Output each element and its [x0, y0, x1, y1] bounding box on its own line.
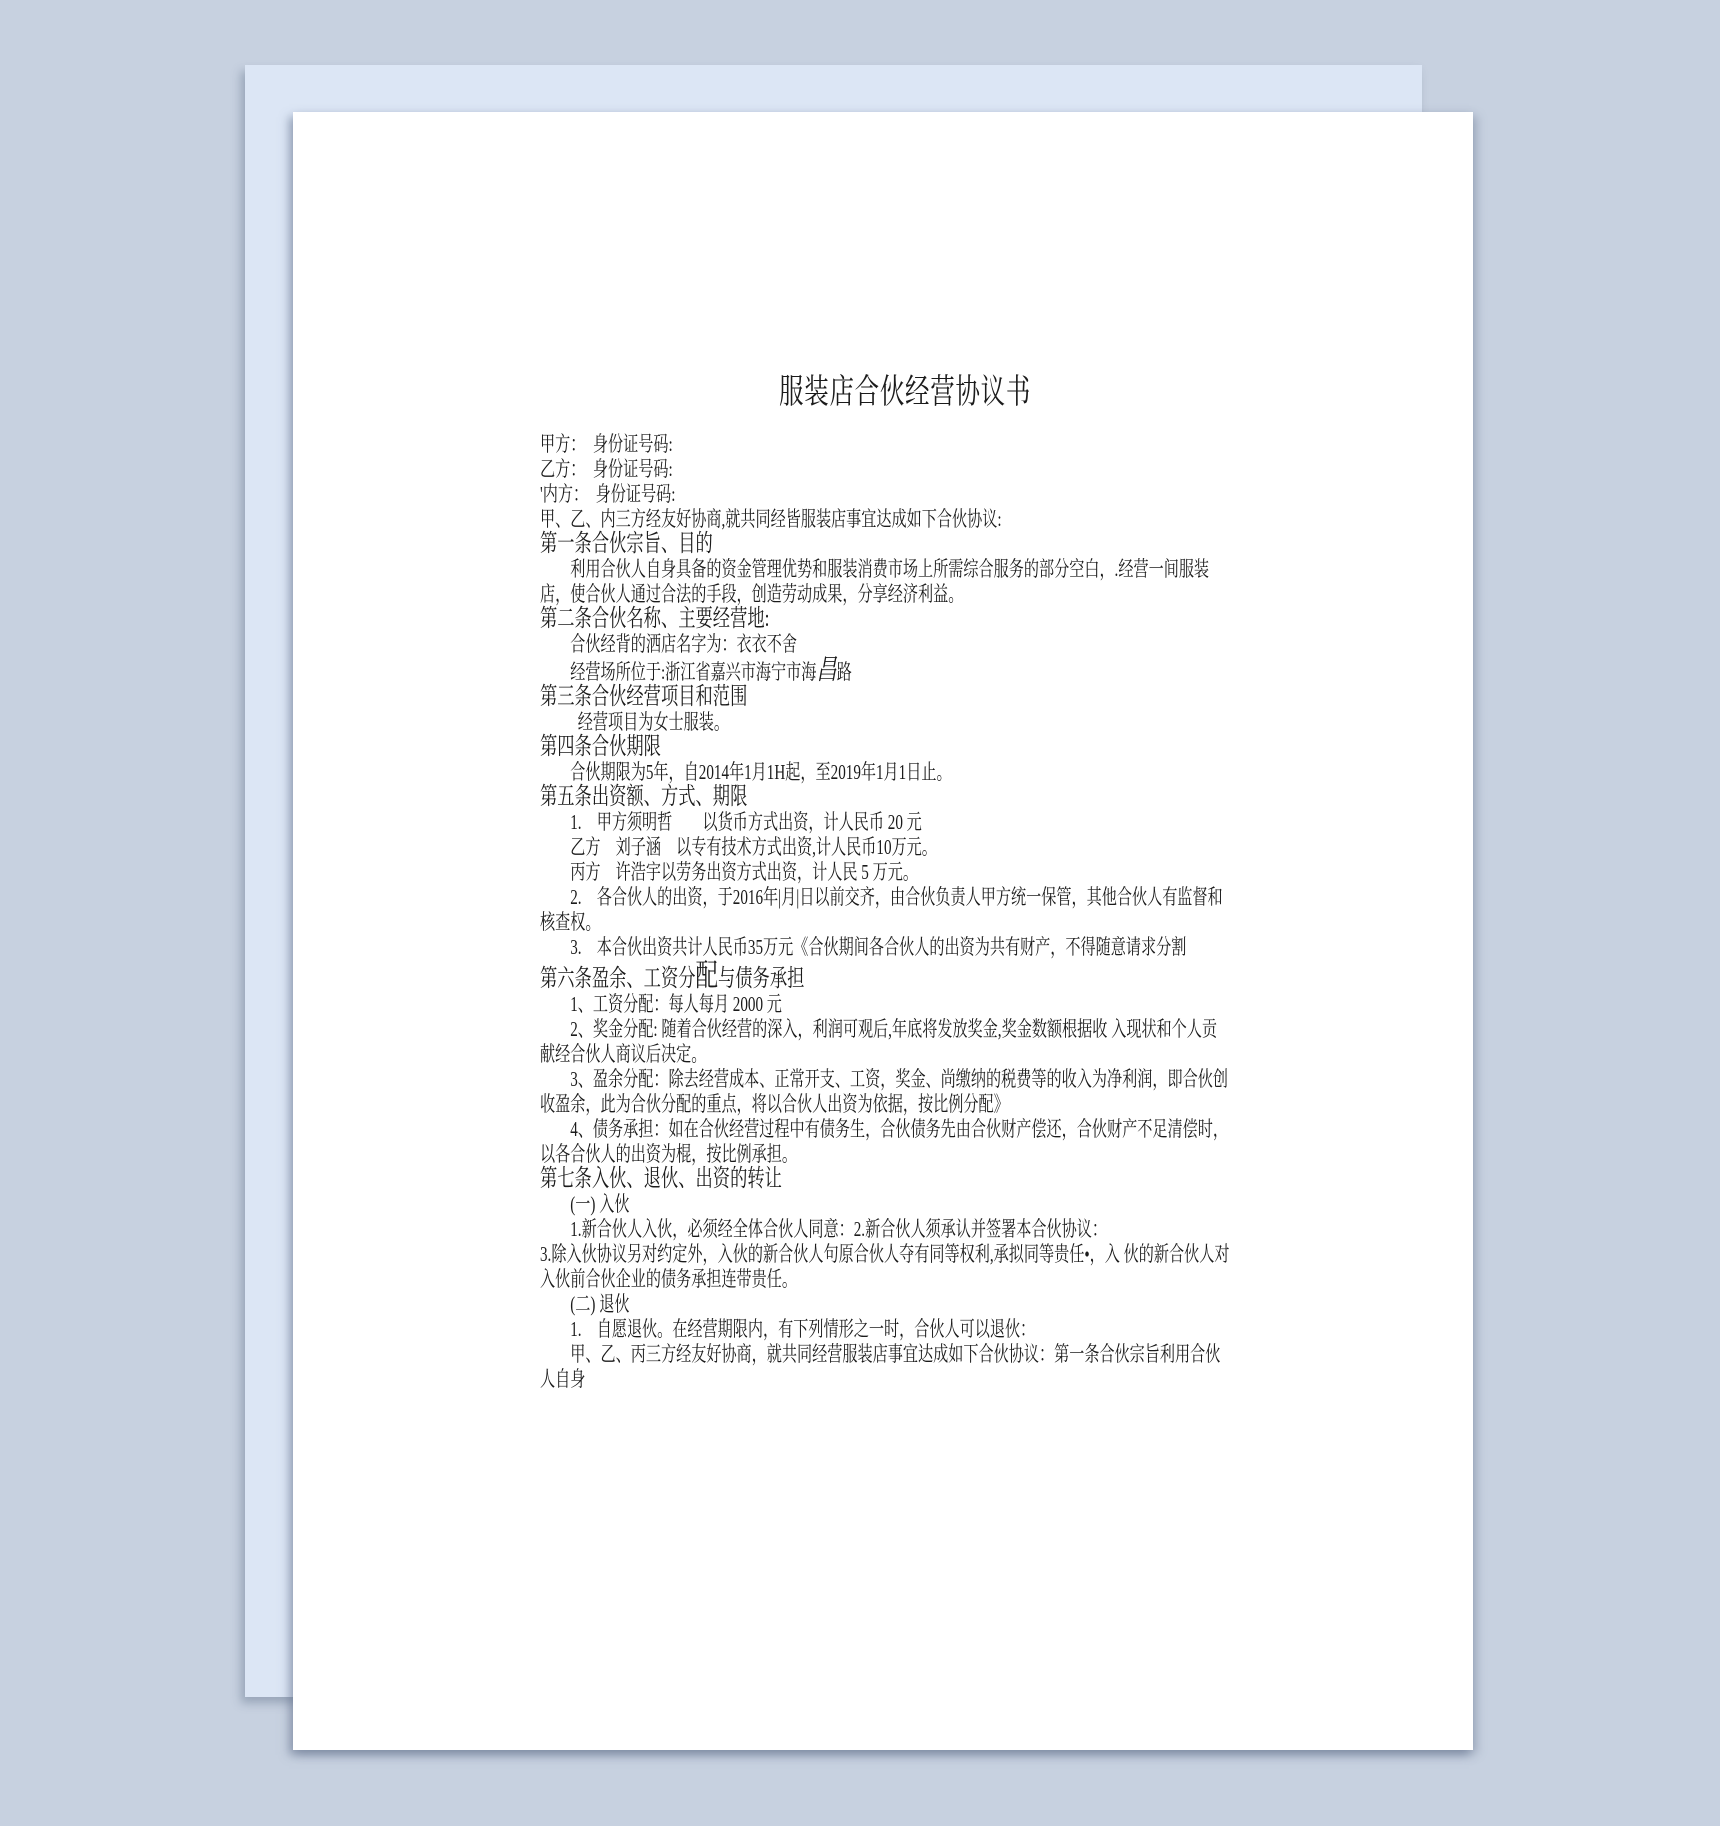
- enlarged-glyph: 昌: [816, 655, 836, 686]
- doc-paragraph: 乙方： 身份证号码:: [540, 457, 1230, 482]
- doc-paragraph: 1. 自愿退伙。在经营期限内，有下列情形之一时，合伙人可以退伙：: [540, 1317, 1230, 1342]
- document-title: 服装店合伙经营协议书: [540, 374, 1230, 412]
- doc-paragraph: 利用合伙人自身具备的资金管理优势和服装消费市场上所需综合服务的部分空白，.经营一…: [540, 557, 1230, 607]
- doc-paragraph: '内方： 身份证号码:: [540, 482, 1230, 507]
- text-run: 3.除入伙协议另对约定外，入伙的新合伙人句原合伙人夺有同等权利,承拟同等贵任•，…: [540, 1242, 1229, 1291]
- doc-heading: 第六条盈余、工资分配与债务承担: [540, 960, 1230, 992]
- text-run: 乙方 刘子涵 以专有技术方式出资,计人民币10万元。: [570, 835, 937, 859]
- document-canvas: { "colors": { "backdrop": "#c7d1e0", "ba…: [0, 0, 1720, 1826]
- doc-paragraph: 1、工资分配：每人每月 2000 元: [540, 992, 1230, 1017]
- text-run: 第一条合伙宗旨、目的: [540, 531, 713, 557]
- text-run: (二) 退伙: [570, 1292, 629, 1316]
- document-page: 服装店合伙经营协议书 甲方： 身份证号码:乙方： 身份证号码:'内方： 身份证号…: [293, 112, 1473, 1750]
- text-run: 1. 自愿退伙。在经营期限内，有下列情形之一时，合伙人可以退伙：: [570, 1317, 1035, 1341]
- text-run: 甲、乙、内三方经友好协商,就共同经皆服装店事宜达成如下合伙协议:: [540, 507, 1002, 531]
- text-run: (一) 入伙: [570, 1192, 629, 1216]
- doc-heading: 第三条合伙经营项目和范围: [540, 685, 1230, 710]
- text-run: 第七条入伙、退伙、出资的转让: [540, 1166, 782, 1192]
- text-run: 第六条盈余、工资分: [540, 966, 696, 992]
- text-run: 4、债务承担：如在合伙经营过程中有债务生，合伙债务先由合伙财产偿还，合伙财产不足…: [540, 1117, 1228, 1166]
- text-run: 第三条合伙经营项目和范围: [540, 684, 747, 710]
- text-run: 3、盈余分配：除去经营成本、正常开支、工资，奖金、尚缴纳的税费等的收入为净利润，…: [540, 1067, 1228, 1116]
- text-run: 丙方 许浩宇以劳务出资方式出资，计人民 5 万元。: [570, 860, 918, 884]
- doc-paragraph: 甲、乙、内三方经友好协商,就共同经皆服装店事宜达成如下合伙协议:: [540, 507, 1230, 532]
- doc-heading: 第七条入伙、退伙、出资的转让: [540, 1167, 1230, 1192]
- doc-paragraph: 甲方： 身份证号码:: [540, 432, 1230, 457]
- doc-paragraph: 甲、乙、丙三方经友好协商，就共同经营服装店事宜达成如下合伙协议：第一条合伙宗旨利…: [540, 1342, 1230, 1392]
- text-run: 经营场所位于:浙江省嘉兴市海宁市海: [570, 660, 816, 684]
- text-run: 利用合伙人自身具备的资金管理优势和服装消费市场上所需综合服务的部分空白，.经营一…: [540, 557, 1209, 606]
- text-run: 第五条出资额、方式、期限: [540, 784, 747, 810]
- doc-paragraph: (二) 退伙: [540, 1292, 1230, 1317]
- text-run: 1. 甲方须明哲 以货币方式出资，计人民币 20 元: [570, 810, 922, 834]
- doc-paragraph: 3、盈余分配：除去经营成本、正常开支、工资，奖金、尚缴纳的税费等的收入为净利润，…: [540, 1067, 1230, 1117]
- text-run: 2、奖金分配: 随着合伙经营的深入，利润可观后,年底将发放奖金,奖金数额根据收 …: [540, 1017, 1217, 1066]
- text-run: 合伙期限为5年，自2014年1月1H起，至2019年1月1日止。: [570, 760, 951, 784]
- doc-paragraph: 3.除入伙协议另对约定外，入伙的新合伙人句原合伙人夺有同等权利,承拟同等贵任•，…: [540, 1242, 1230, 1292]
- enlarged-glyph: 配: [696, 958, 718, 993]
- document-body: 甲方： 身份证号码:乙方： 身份证号码:'内方： 身份证号码:甲、乙、内三方经友…: [540, 432, 1230, 1392]
- doc-paragraph: 4、债务承担：如在合伙经营过程中有债务生，合伙债务先由合伙财产偿还，合伙财产不足…: [540, 1117, 1230, 1167]
- doc-heading: 第一条合伙宗旨、目的: [540, 532, 1230, 557]
- doc-paragraph: 经营项目为女士服装。: [540, 710, 1230, 735]
- doc-paragraph: 丙方 许浩宇以劳务出资方式出资，计人民 5 万元。: [540, 860, 1230, 885]
- text-run: 经营项目为女士服装。: [578, 710, 729, 734]
- doc-paragraph: (一) 入伙: [540, 1192, 1230, 1217]
- text-run: 乙方： 身份证号码:: [540, 457, 673, 481]
- doc-paragraph: 1. 甲方须明哲 以货币方式出资，计人民币 20 元: [540, 810, 1230, 835]
- doc-heading: 第二条合伙名称、主要经营地:: [540, 607, 1230, 632]
- text-run: 甲方： 身份证号码:: [540, 432, 673, 456]
- text-run: 甲、乙、丙三方经友好协商，就共同经营服装店事宜达成如下合伙协议：第一条合伙宗旨利…: [540, 1342, 1220, 1391]
- text-run: 1.新合伙人入伙，必须经全体合伙人同意：2.新合伙人须承认并签署本合伙协议：: [570, 1217, 1107, 1241]
- text-run: 合伙经背的洒店名字为：衣衣不舍: [570, 632, 797, 656]
- document-content: 服装店合伙经营协议书 甲方： 身份证号码:乙方： 身份证号码:'内方： 身份证号…: [540, 374, 1230, 1392]
- text-run: 3. 本合伙出资共计人民币35万元《合伙期间各合伙人的出资为共有财产，不得随意请…: [570, 935, 1186, 959]
- doc-paragraph: 合伙期限为5年，自2014年1月1H起，至2019年1月1日止。: [540, 760, 1230, 785]
- doc-paragraph: 2. 各合伙人的出资，于2016年|月|日以前交齐，由合伙负责人甲方统一保管，其…: [540, 885, 1230, 935]
- text-run: 与债务承担: [718, 966, 804, 992]
- text-run: 1、工资分配：每人每月 2000 元: [570, 992, 782, 1016]
- text-run: 第二条合伙名称、主要经营地:: [540, 606, 769, 632]
- text-run: 2. 各合伙人的出资，于2016年|月|日以前交齐，由合伙负责人甲方统一保管，其…: [540, 885, 1223, 934]
- text-run: 路: [837, 660, 852, 684]
- text-run: '内方： 身份证号码:: [540, 482, 675, 506]
- doc-paragraph: 合伙经背的洒店名字为：衣衣不舍: [540, 632, 1230, 657]
- doc-heading: 第四条合伙期限: [540, 735, 1230, 760]
- doc-paragraph: 1.新合伙人入伙，必须经全体合伙人同意：2.新合伙人须承认并签署本合伙协议：: [540, 1217, 1230, 1242]
- doc-paragraph: 乙方 刘子涵 以专有技术方式出资,计人民币10万元。: [540, 835, 1230, 860]
- doc-paragraph: 2、奖金分配: 随着合伙经营的深入，利润可观后,年底将发放奖金,奖金数额根据收 …: [540, 1017, 1230, 1067]
- doc-paragraph: 经营场所位于:浙江省嘉兴市海宁市海昌路: [540, 657, 1230, 685]
- text-run: 第四条合伙期限: [540, 734, 661, 760]
- doc-heading: 第五条出资额、方式、期限: [540, 785, 1230, 810]
- doc-paragraph: 3. 本合伙出资共计人民币35万元《合伙期间各合伙人的出资为共有财产，不得随意请…: [540, 935, 1230, 960]
